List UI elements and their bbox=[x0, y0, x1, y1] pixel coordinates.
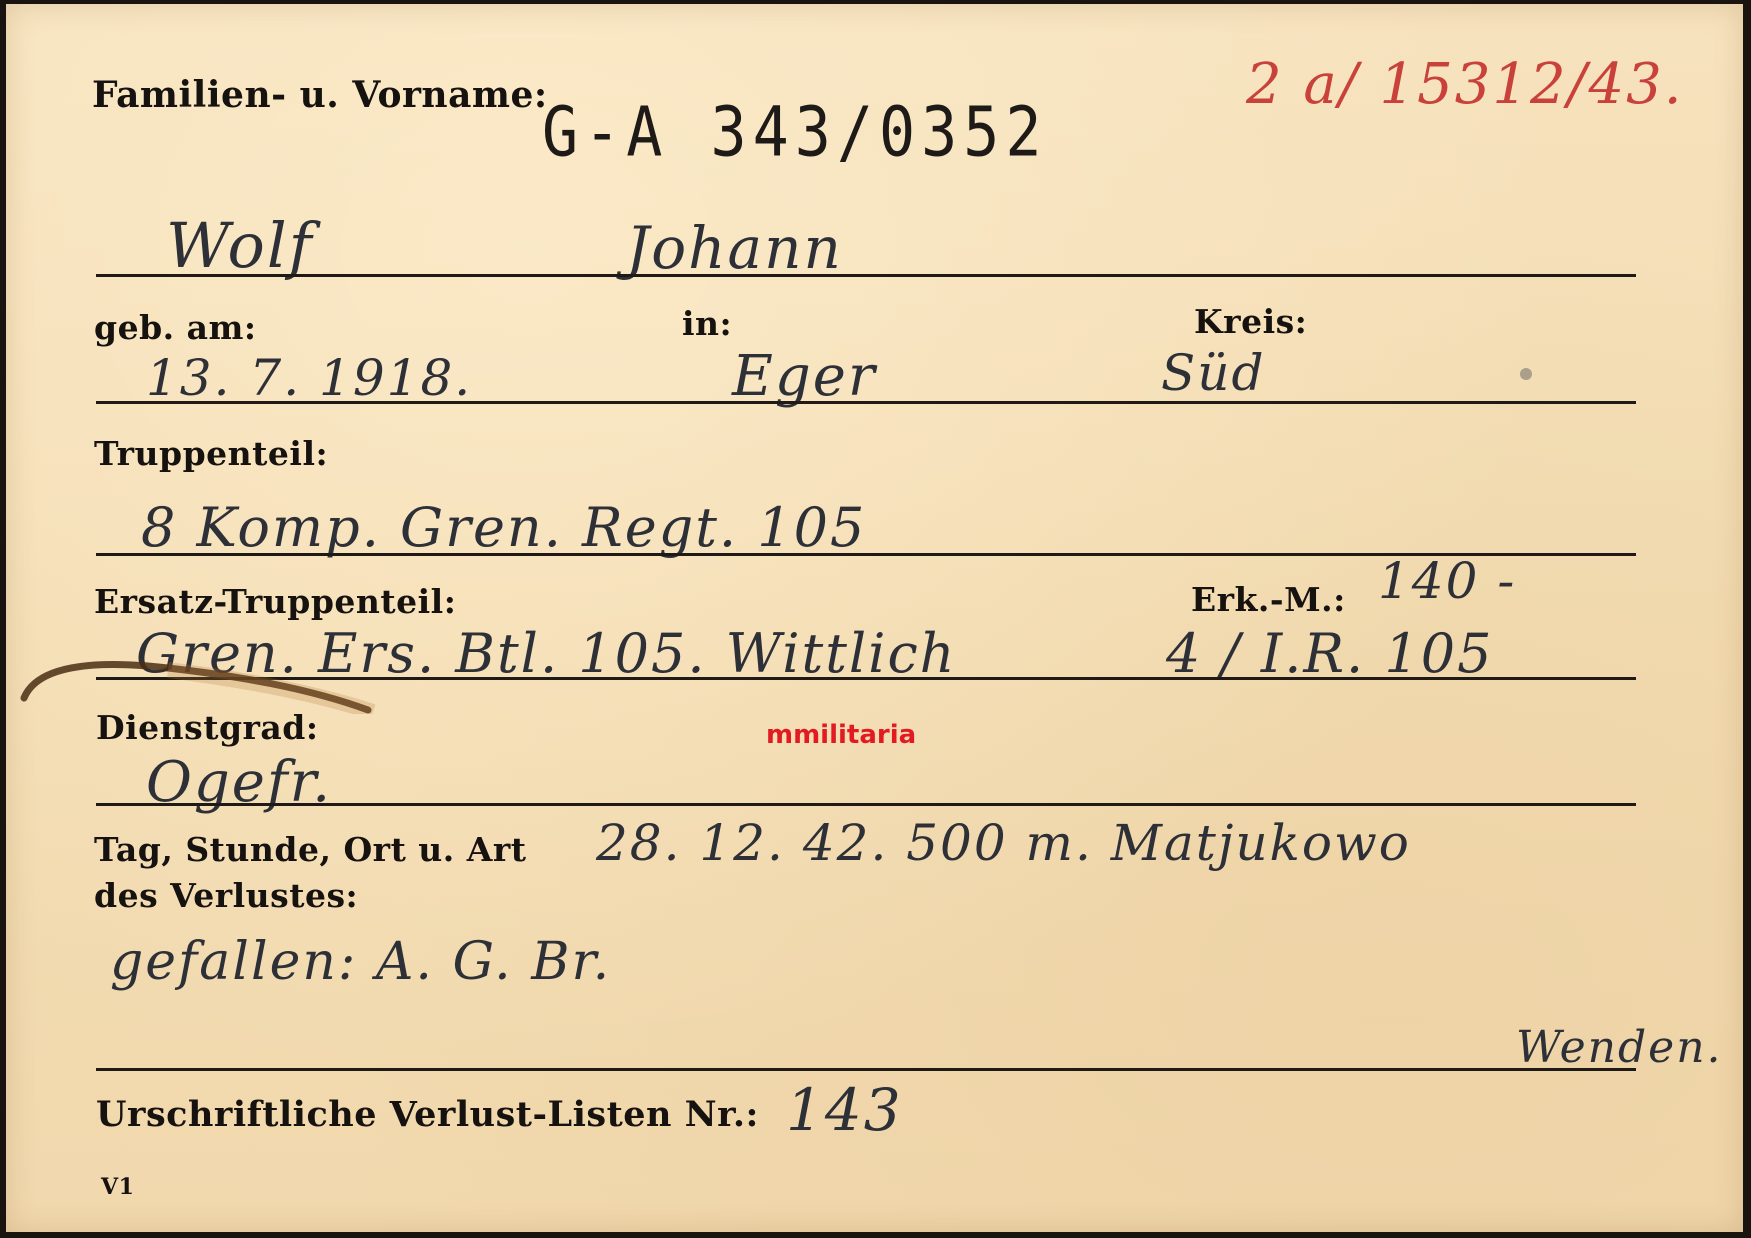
unit-value: 8 Komp. Gren. Regt. 105 bbox=[141, 496, 866, 559]
loss-underline bbox=[96, 1068, 1636, 1071]
watermark: mmilitaria bbox=[766, 720, 916, 750]
signature: Wenden. bbox=[1516, 1022, 1723, 1073]
loss-label-line1: Tag, Stunde, Ort u. Art bbox=[94, 830, 527, 869]
unit-label: Truppenteil: bbox=[94, 434, 328, 473]
district-value: Süd bbox=[1161, 344, 1265, 402]
loss-list-value: 143 bbox=[786, 1076, 903, 1144]
surname-value: Wolf bbox=[166, 209, 314, 282]
ink-spot bbox=[1520, 368, 1532, 380]
form-code: V1 bbox=[101, 1174, 134, 1200]
birth-place-value: Eger bbox=[732, 344, 877, 409]
loss-details-value: 28. 12. 42. 500 m. Matjukowo bbox=[596, 814, 1411, 872]
birth-underline bbox=[96, 401, 1636, 404]
index-card: Familien- u. Vorname: G-A 343/0352 2 a/ … bbox=[6, 4, 1743, 1232]
name-label: Familien- u. Vorname: bbox=[92, 74, 548, 116]
birth-date-value: 13. 7. 1918. bbox=[146, 349, 472, 407]
replacement-underline bbox=[96, 677, 1636, 680]
loss-status-value: gefallen: A. G. Br. bbox=[110, 932, 611, 992]
birth-place-label: in: bbox=[682, 304, 732, 343]
name-underline bbox=[96, 274, 1636, 277]
loss-label-line2: des Verlustes: bbox=[94, 876, 358, 915]
replacement-unit-label: Ersatz-Truppenteil: bbox=[94, 582, 456, 621]
replacement-unit-value: Gren. Ers. Btl. 105. Wittlich bbox=[136, 622, 956, 685]
loss-list-label: Urschriftliche Verlust-Listen Nr.: bbox=[96, 1094, 759, 1135]
rank-label: Dienstgrad: bbox=[96, 708, 319, 747]
stamp-number: G-A 343/0352 bbox=[542, 92, 1047, 173]
rank-underline bbox=[96, 803, 1636, 806]
id-tag-label: Erk.-M.: bbox=[1191, 580, 1346, 619]
id-tag-unit: 4 / I.R. 105 bbox=[1166, 622, 1493, 685]
birth-date-label: geb. am: bbox=[94, 308, 257, 347]
id-tag-number: 140 - bbox=[1378, 552, 1516, 610]
given-name-value: Johann bbox=[626, 214, 843, 282]
red-reference-number: 2 a/ 15312/43. bbox=[1246, 52, 1684, 117]
district-label: Kreis: bbox=[1194, 302, 1307, 341]
